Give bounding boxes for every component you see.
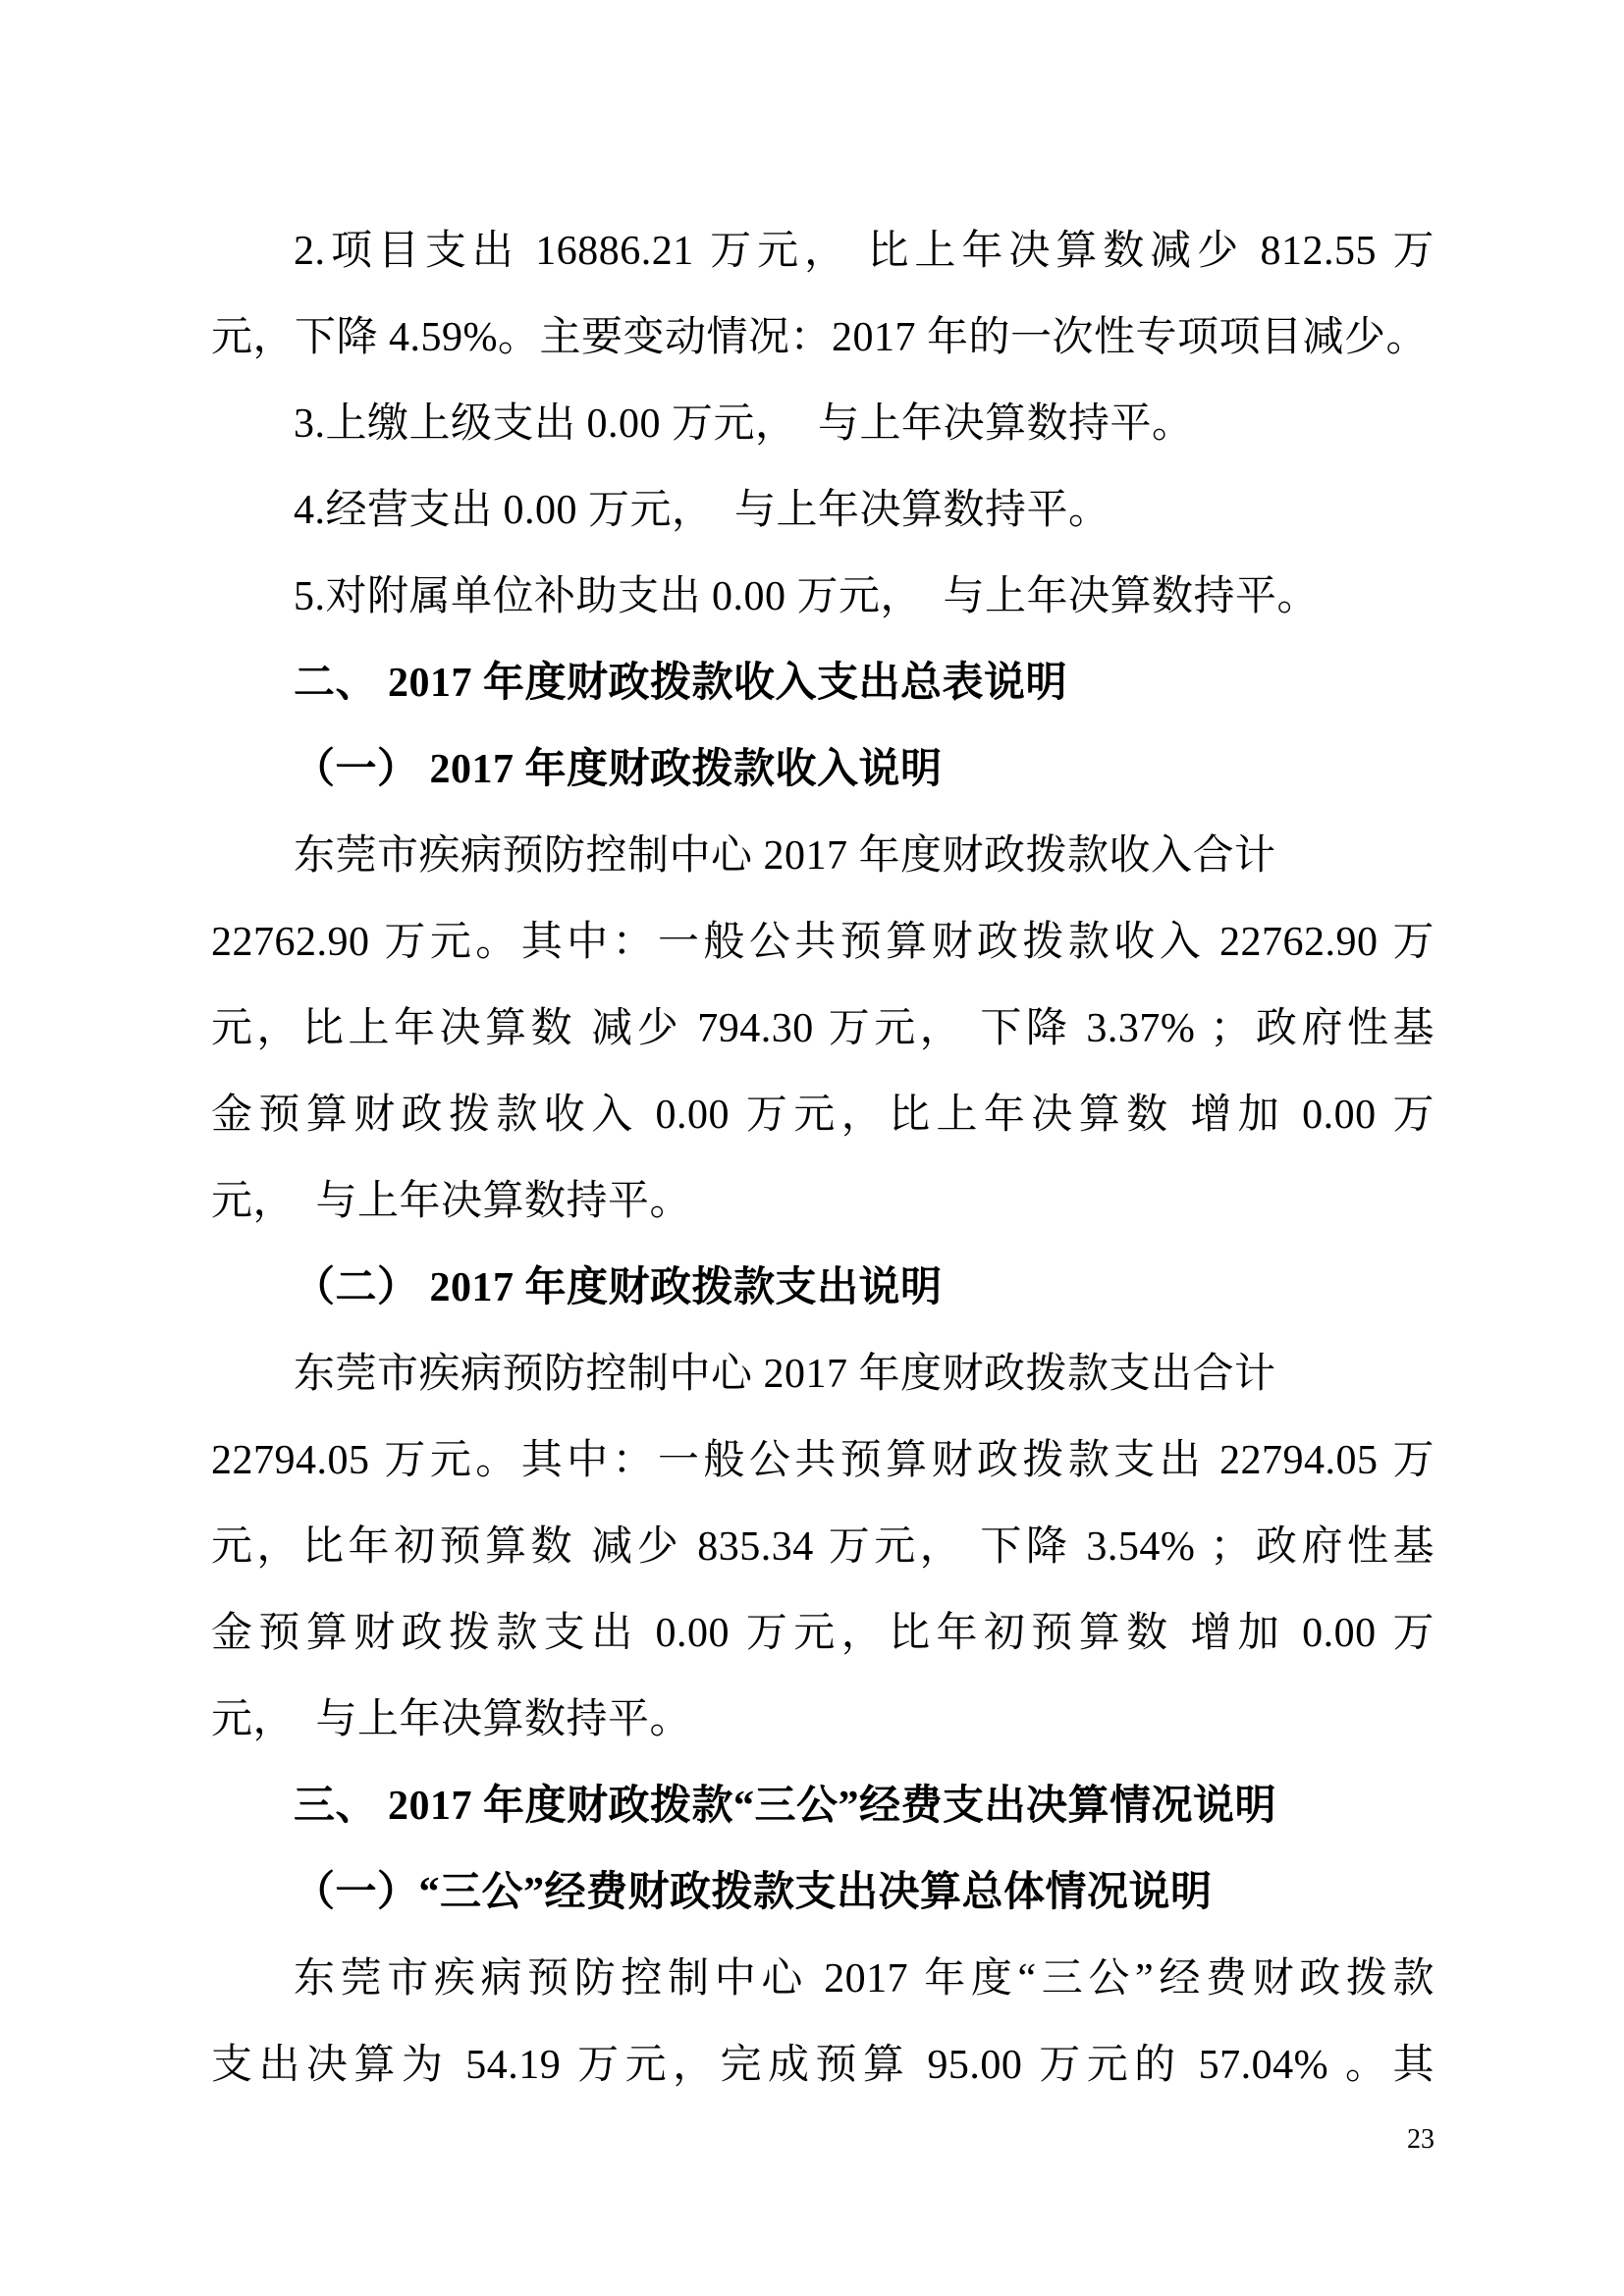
body-line: 东莞市疾病预防控制中心 2017 年度财政拨款支出合计 (211, 1331, 1435, 1417)
body-line: 4.经营支出 0.00 万元， 与上年决算数持平。 (211, 467, 1435, 554)
body-line: 元，下降 4.59%。主要变动情况：2017 年的一次性专项项目减少。 (211, 294, 1435, 381)
heading-section-2-1: （一） 2017 年度财政拨款收入说明 (211, 726, 1435, 813)
body-line: 22794.05 万元。其中：一般公共预算财政拨款支出 22794.05 万 (211, 1417, 1435, 1504)
body-line: 3.上缴上级支出 0.00 万元， 与上年决算数持平。 (211, 381, 1435, 467)
body-line: 元， 与上年决算数持平。 (211, 1677, 1435, 1763)
body-line: 东莞市疾病预防控制中心 2017 年度“三公”经费财政拨款 (211, 1936, 1435, 2022)
body-line: 元，比年初预算数 减少 835.34 万元， 下降 3.54% ；政府性基 (211, 1504, 1435, 1590)
body-line: 支出决算为 54.19 万元，完成预算 95.00 万元的 57.04% 。其 (211, 2022, 1435, 2109)
heading-section-2: 二、 2017 年度财政拨款收入支出总表说明 (211, 640, 1435, 726)
body-line: 5.对附属单位补助支出 0.00 万元， 与上年决算数持平。 (211, 554, 1435, 640)
body-line: 元，比上年决算数 减少 794.30 万元， 下降 3.37% ；政府性基 (211, 986, 1435, 1072)
body-line: 金预算财政拨款收入 0.00 万元，比上年决算数 增加 0.00 万 (211, 1072, 1435, 1158)
body-line: 东莞市疾病预防控制中心 2017 年度财政拨款收入合计 (211, 813, 1435, 899)
document-page: 2.项目支出 16886.21 万元， 比上年决算数减少 812.55 万 元，… (0, 0, 1624, 2296)
heading-section-2-2: （二） 2017 年度财政拨款支出说明 (211, 1245, 1435, 1331)
document-body: 2.项目支出 16886.21 万元， 比上年决算数减少 812.55 万 元，… (211, 208, 1435, 2109)
page-number: 23 (1407, 2120, 1435, 2160)
body-line: 2.项目支出 16886.21 万元， 比上年决算数减少 812.55 万 (211, 208, 1435, 294)
body-line: 金预算财政拨款支出 0.00 万元，比年初预算数 增加 0.00 万 (211, 1590, 1435, 1677)
heading-section-3: 三、 2017 年度财政拨款“三公”经费支出决算情况说明 (211, 1763, 1435, 1849)
body-line: 22762.90 万元。其中：一般公共预算财政拨款收入 22762.90 万 (211, 899, 1435, 986)
body-line: 元， 与上年决算数持平。 (211, 1158, 1435, 1245)
heading-section-3-1: （一）“三公”经费财政拨款支出决算总体情况说明 (211, 1849, 1435, 1936)
